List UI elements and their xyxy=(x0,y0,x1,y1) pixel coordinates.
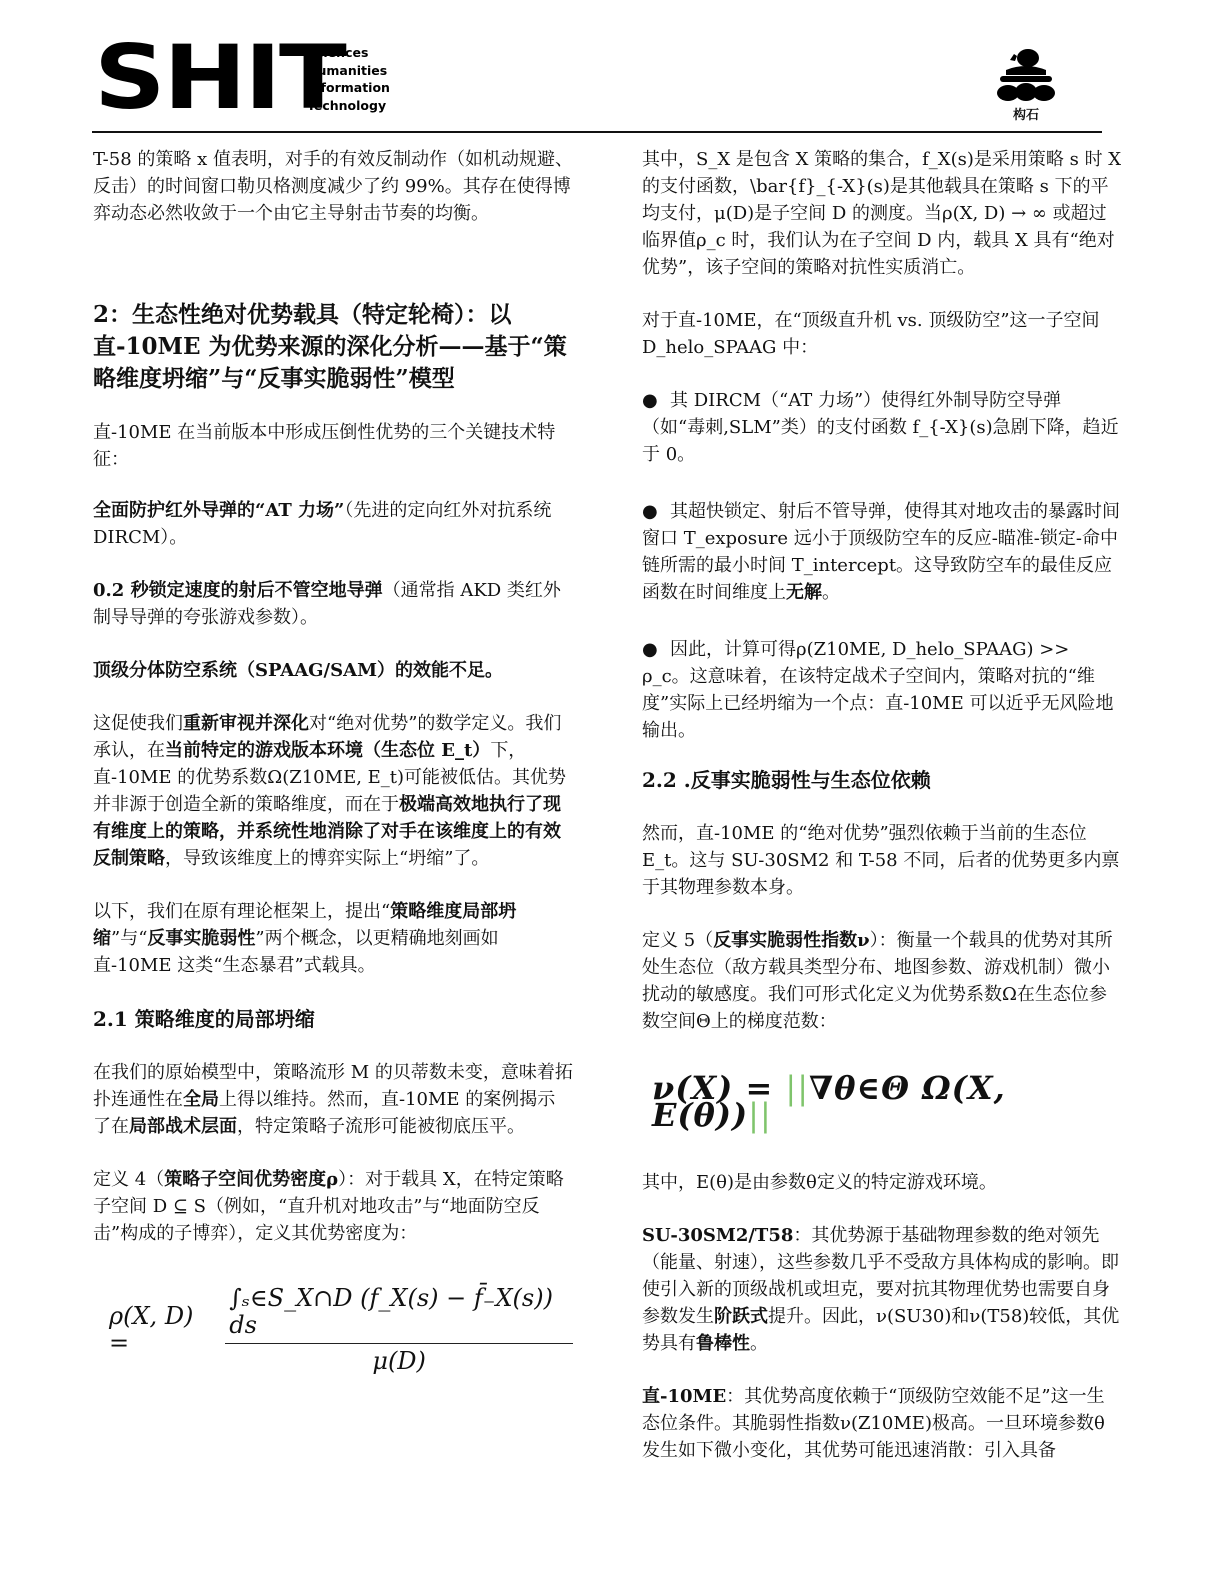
paragraph-definition-context: 这促使我们重新审视并深化对“绝对优势”的数学定义。我们承认，在当前特定的游戏版本… xyxy=(93,710,573,872)
text-run: ，导致该维度上的博弈实际上“坍缩”了。 xyxy=(165,848,489,869)
text-run: 。 xyxy=(750,1333,768,1354)
bullet-text: 其超快锁定、射后不管导弹，使得其对地攻击的暴露时间窗口 T_exposure 远… xyxy=(642,501,1120,603)
definition-4: 定义 4（策略子空间优势密度ρ）：对于载具 X，在特定策略子空间 D ⊆ S（例… xyxy=(93,1166,573,1247)
paragraph-concepts: 以下，我们在原有理论框架上，提出“策略维度局部坍缩”与“反事实脆弱性”两个概念，… xyxy=(93,898,573,979)
formula-rho-fraction: ∫ₛ∈S_X∩D (f_X(s) − f̄₋X(s)) ds μ(D) xyxy=(225,1285,573,1375)
stone-pile-icon xyxy=(992,46,1060,104)
text-run: 定义 4（ xyxy=(93,1169,164,1190)
paragraph-intro: 直-10ME 在当前版本中形成压倒性优势的三个关键技术特征： xyxy=(93,419,573,473)
page-header: SHIT Sciences Humanities Information Tec… xyxy=(0,0,1224,140)
right-column: 其中，S_X 是包含 X 策略的集合，f_X(s)是采用策略 s 时 X 的支付… xyxy=(642,146,1122,1464)
brand-label: 构石 xyxy=(990,104,1062,123)
logo-subtitle-line: Technology xyxy=(307,97,390,115)
text-run-bold: 鲁棒性 xyxy=(696,1333,750,1354)
section-2-1-heading: 2.1 策略维度的局部坍缩 xyxy=(93,1005,573,1033)
paragraph-z10me: 直-10ME：其优势高度依赖于“顶级防空效能不足”这一生态位条件。其脆弱性指数ν… xyxy=(642,1383,1122,1464)
formula-rho-lhs: ρ(X, D) = xyxy=(109,1303,215,1357)
text-run-bold: 无解 xyxy=(786,582,822,603)
formula-nu: ν(X) = ||∇θ∈Θ Ω(X, E(θ))|| xyxy=(652,1075,1122,1129)
feature-2: 0.2 秒锁定速度的射后不管空地导弹（通常指 AKD 类红外制导导弹的夸张游戏参… xyxy=(93,577,573,631)
text-run-bold: 直-10ME xyxy=(642,1386,726,1407)
text-run: ，特定策略子流形可能被彻底压平。 xyxy=(237,1116,525,1137)
paragraph-local-collapse: 在我们的原始模型中，策略流形 M 的贝蒂数未变，意味着拓扑连通性在全局上得以维持… xyxy=(93,1059,573,1140)
bullet-text: 因此，计算可得ρ(Z10ME, D_helo_SPAAG) >> ρ_c。这意味… xyxy=(642,639,1113,741)
text-run: ”与“ xyxy=(111,928,147,949)
bullet-item: ●其 DIRCM（“AT 力场”）使得红外制导防空导弹（如“毒刺,SLM”类）的… xyxy=(642,387,1122,468)
header-divider xyxy=(92,131,1102,133)
paragraph-z10-subspace: 对于直-10ME，在“顶级直升机 vs. 顶级防空”这一子空间 D_helo_S… xyxy=(642,307,1122,361)
text-run-bold: 策略子空间优势密度ρ xyxy=(164,1169,338,1190)
feature-2-title: 0.2 秒锁定速度的射后不管空地导弹 xyxy=(93,580,383,601)
feature-1-title: 全面防护红外导弹的“AT 力场” xyxy=(93,500,344,521)
bullet-item: ●其超快锁定、射后不管导弹，使得其对地攻击的暴露时间窗口 T_exposure … xyxy=(642,498,1122,606)
norm-close: || xyxy=(748,1096,772,1134)
feature-1: 全面防护红外导弹的“AT 力场”（先进的定向红外对抗系统 DIRCM）。 xyxy=(93,497,573,551)
logo-subtitle-line: Sciences xyxy=(307,44,390,62)
bullet-dot-icon: ● xyxy=(642,636,670,663)
paragraph-environment: 其中，E(θ)是由参数θ定义的特定游戏环境。 xyxy=(642,1169,1122,1196)
text-run-bold: 当前特定的游戏版本环境（生态位 E_t） xyxy=(165,740,490,761)
norm-open: || xyxy=(785,1069,809,1107)
bullet-text: 其 DIRCM（“AT 力场”）使得红外制导防空导弹（如“毒刺,SLM”类）的支… xyxy=(642,390,1119,465)
text-run-bold: 阶跃式 xyxy=(714,1306,768,1327)
text-run: 以下，我们在原有理论框架上，提出“ xyxy=(93,901,390,922)
text-run-bold: 重新审视并深化 xyxy=(183,713,309,734)
text-run: 。 xyxy=(822,582,840,603)
text-run-bold: 局部战术层面 xyxy=(129,1116,237,1137)
feature-3: 顶级分体防空系统（SPAAG/SAM）的效能不足。 xyxy=(93,657,573,684)
formula-rho: ρ(X, D) = ∫ₛ∈S_X∩D (f_X(s) − f̄₋X(s)) ds… xyxy=(109,1285,573,1375)
left-column: T-58 的策略 x 值表明，对手的有效反制动作（如机动规避、反击）的时间窗口勒… xyxy=(93,146,573,1375)
section-2-2-heading: 2.2 .反事实脆弱性与生态位依赖 xyxy=(642,766,1122,794)
paragraph-su30-t58: SU-30SM2/T58：其优势源于基础物理参数的绝对领先（能量、射速），这些参… xyxy=(642,1222,1122,1357)
text-run-bold: 全局 xyxy=(183,1089,219,1110)
brand-mark: 构石 xyxy=(990,46,1062,123)
bullet-dot-icon: ● xyxy=(642,387,670,414)
formula-rho-numerator: ∫ₛ∈S_X∩D (f_X(s) − f̄₋X(s)) ds xyxy=(225,1285,573,1344)
definition-5: 定义 5（反事实脆弱性指数ν）：衡量一个载具的优势对其所处生态位（敌方载具类型分… xyxy=(642,927,1122,1035)
logo-subtitle: Sciences Humanities Information Technolo… xyxy=(307,44,390,114)
paragraph-niche-dependence: 然而，直-10ME 的“绝对优势”强烈依赖于当前的生态位 E_t。这与 SU-3… xyxy=(642,820,1122,901)
formula-rho-denominator: μ(D) xyxy=(372,1344,426,1375)
section-2-heading: 2：生态性绝对优势载具（特定轮椅）：以直-10ME 为优势来源的深化分析——基于… xyxy=(93,299,573,395)
text-run-bold: 反事实脆弱性指数ν xyxy=(713,930,870,951)
bullet-dot-icon: ● xyxy=(642,498,670,525)
logo-subtitle-line: Humanities xyxy=(307,62,390,80)
text-run: 定义 5（ xyxy=(642,930,713,951)
text-run-bold: 反事实脆弱性 xyxy=(147,928,255,949)
paragraph-t58: T-58 的策略 x 值表明，对手的有效反制动作（如机动规避、反击）的时间窗口勒… xyxy=(93,146,573,227)
text-run-bold: SU-30SM2/T58 xyxy=(642,1225,793,1246)
logo-subtitle-line: Information xyxy=(307,79,390,97)
paragraph-where: 其中，S_X 是包含 X 策略的集合，f_X(s)是采用策略 s 时 X 的支付… xyxy=(642,146,1122,281)
text-run: 这促使我们 xyxy=(93,713,183,734)
bullet-item: ●因此，计算可得ρ(Z10ME, D_helo_SPAAG) >> ρ_c。这意… xyxy=(642,636,1122,744)
